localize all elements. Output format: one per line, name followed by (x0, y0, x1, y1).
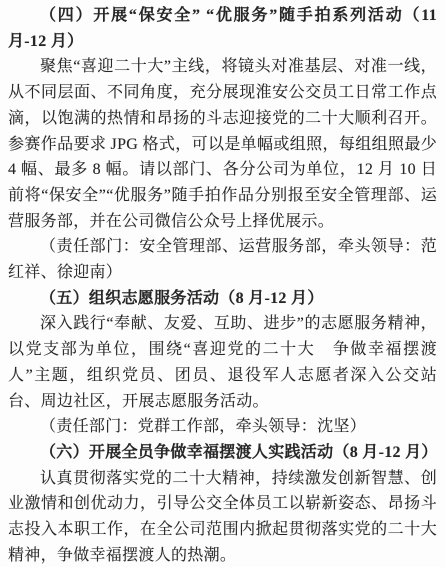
document-page: （四）开展“保安全” “优服务”随手拍系列活动（11 月-12 月） 聚焦“喜迎… (0, 0, 445, 567)
section-heading-6-practice-activity: （六）开展全员争做幸福摆渡人实践活动（8 月-12 月） (8, 440, 437, 466)
paragraph-practice-activity-details: 认真贯彻落实党的二十大精神，持续激发创新智慧、创业激情和创优动力，引导公交全体员… (8, 466, 437, 567)
section-heading-5-volunteer-activity: （五）组织志愿服务活动（8 月-12 月） (8, 286, 437, 312)
responsibility-note-photo-activity: （责任部门：安全管理部、运营服务部，牵头领导：范红祥、徐迎南） (8, 234, 437, 285)
paragraph-volunteer-activity-details: 深入践行“奉献、友爱、互助、进步”的志愿服务精神，以党支部为单位，围绕“喜迎党的… (8, 311, 437, 414)
responsibility-note-volunteer-activity: （责任部门：党群工作部，牵头领导：沈坚） (8, 414, 437, 440)
section-heading-4-photo-activity: （四）开展“保安全” “优服务”随手拍系列活动（11 月-12 月） (8, 3, 437, 54)
paragraph-photo-activity-details: 聚焦“喜迎二十大”主线，将镜头对准基层、对准一线，从不同层面、不同角度，充分展现… (8, 54, 437, 234)
